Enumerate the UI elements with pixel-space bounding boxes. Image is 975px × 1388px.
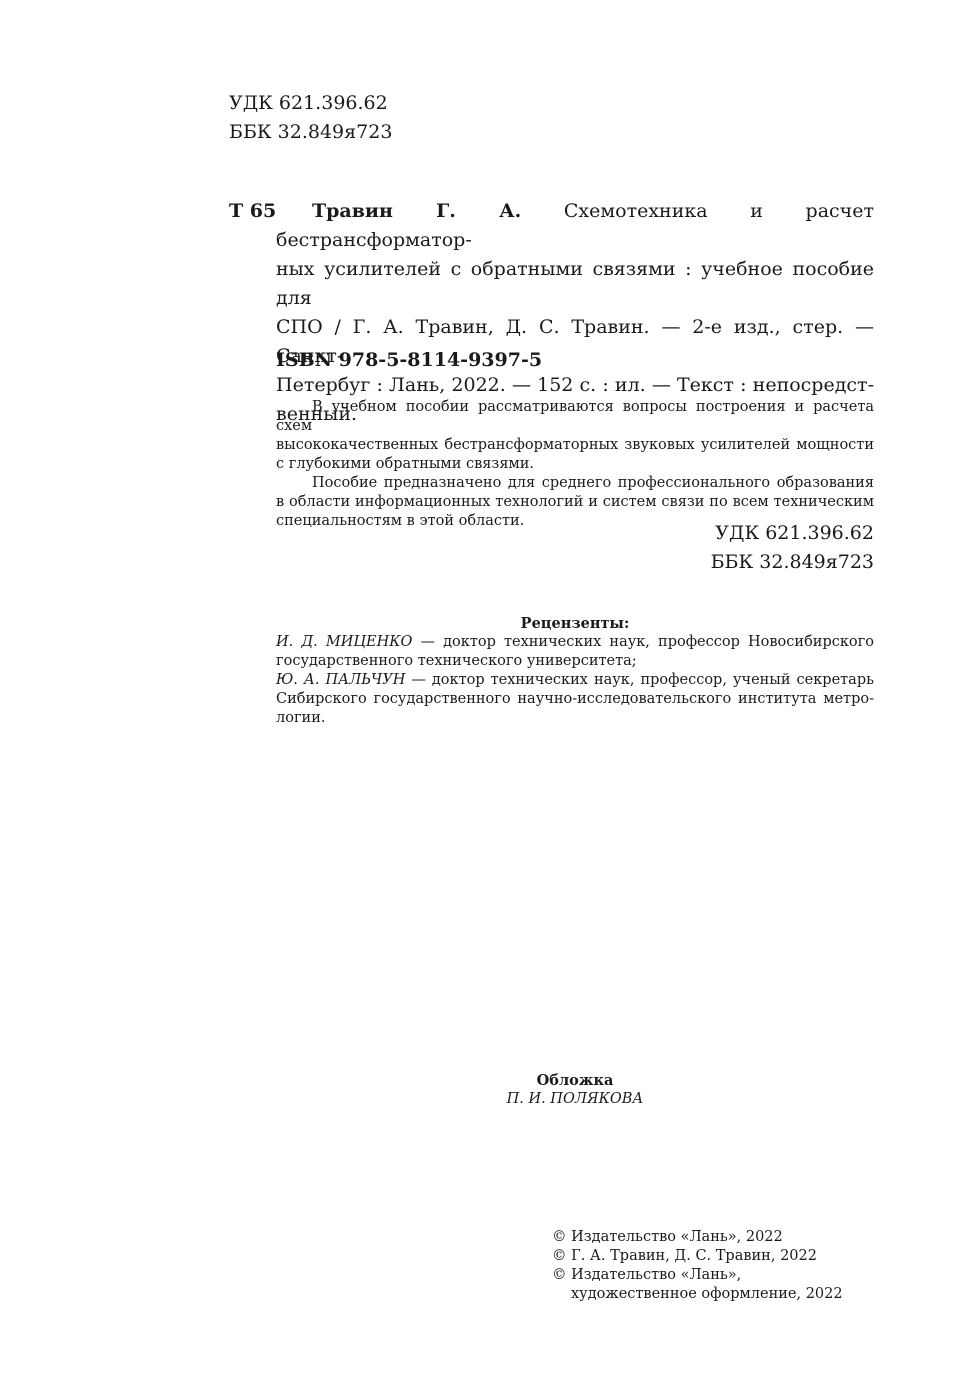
reviewer-2-line-2: Сибирского государственного научно-иссле… — [276, 690, 874, 709]
bbk-code-bottom: ББК 32.849я723 — [711, 548, 874, 577]
top-classification-codes: УДК 621.396.62 ББК 32.849я723 — [229, 89, 392, 147]
annotation: В учебном пособии рассматриваются вопрос… — [276, 398, 874, 531]
annotation-p2-line-1: Пособие предназначено для среднего профе… — [276, 474, 874, 493]
annotation-p1-line-1: В учебном пособии рассматриваются вопрос… — [276, 398, 874, 436]
bottom-classification-codes: УДК 621.396.62 ББК 32.849я723 — [711, 519, 874, 577]
annotation-p2-line-2: в области информационных технологий и си… — [276, 493, 874, 512]
cover-credit: Обложка П. И. ПОЛЯКОВА — [475, 1071, 675, 1109]
catalog-line-4: Петербуг : Лань, 2022. — 152 с. : ил. — … — [276, 371, 874, 400]
annotation-p1-line-3: с глубокими обратными связями. — [276, 455, 874, 474]
copyright-block: © Издательство «Лань», 2022 © Г. А. Трав… — [552, 1228, 843, 1304]
author-name: Травин Г. А. — [312, 200, 521, 222]
reviewers-heading: Рецензенты: — [276, 614, 874, 633]
reviewer-2-name: Ю. А. ПАЛЬЧУН — [276, 672, 405, 688]
catalog-line-2: ных усилителей с обратными связями : уче… — [276, 255, 874, 313]
copyright-line-3: © Издательство «Лань», — [552, 1266, 843, 1285]
udk-code-bottom: УДК 621.396.62 — [711, 519, 874, 548]
cover-artist: П. И. ПОЛЯКОВА — [475, 1090, 675, 1109]
copyright-line-4: художественное оформление, 2022 — [552, 1285, 843, 1304]
copyright-line-2: © Г. А. Травин, Д. С. Травин, 2022 — [552, 1247, 843, 1266]
reviewers: Рецензенты: И. Д. МИЦЕНКО — доктор техни… — [276, 614, 874, 728]
reviewer-1-name: И. Д. МИЦЕНКО — [276, 634, 412, 650]
catalog-line-1: Травин Г. А. Схемотехника и расчет бестр… — [276, 197, 874, 255]
catalog-code: Т 65 — [229, 197, 276, 226]
reviewer-2-line-3: логии. — [276, 709, 874, 728]
annotation-p1-line-2: высококачественных бестрансформаторных з… — [276, 436, 874, 455]
catalog-entry: Травин Г. А. Схемотехника и расчет бестр… — [276, 197, 874, 429]
reviewer-1-line-2: государственного технического университе… — [276, 652, 874, 671]
udk-code: УДК 621.396.62 — [229, 89, 392, 118]
copyright-line-1: © Издательство «Лань», 2022 — [552, 1228, 843, 1247]
reviewer-1-line-1: И. Д. МИЦЕНКО — доктор технических наук,… — [276, 633, 874, 652]
isbn: ISBN 978-5-8114-9397-5 — [276, 346, 542, 375]
cover-label: Обложка — [475, 1071, 675, 1090]
bbk-code: ББК 32.849я723 — [229, 118, 392, 147]
reviewer-2-line-1: Ю. А. ПАЛЬЧУН — доктор технических наук,… — [276, 671, 874, 690]
